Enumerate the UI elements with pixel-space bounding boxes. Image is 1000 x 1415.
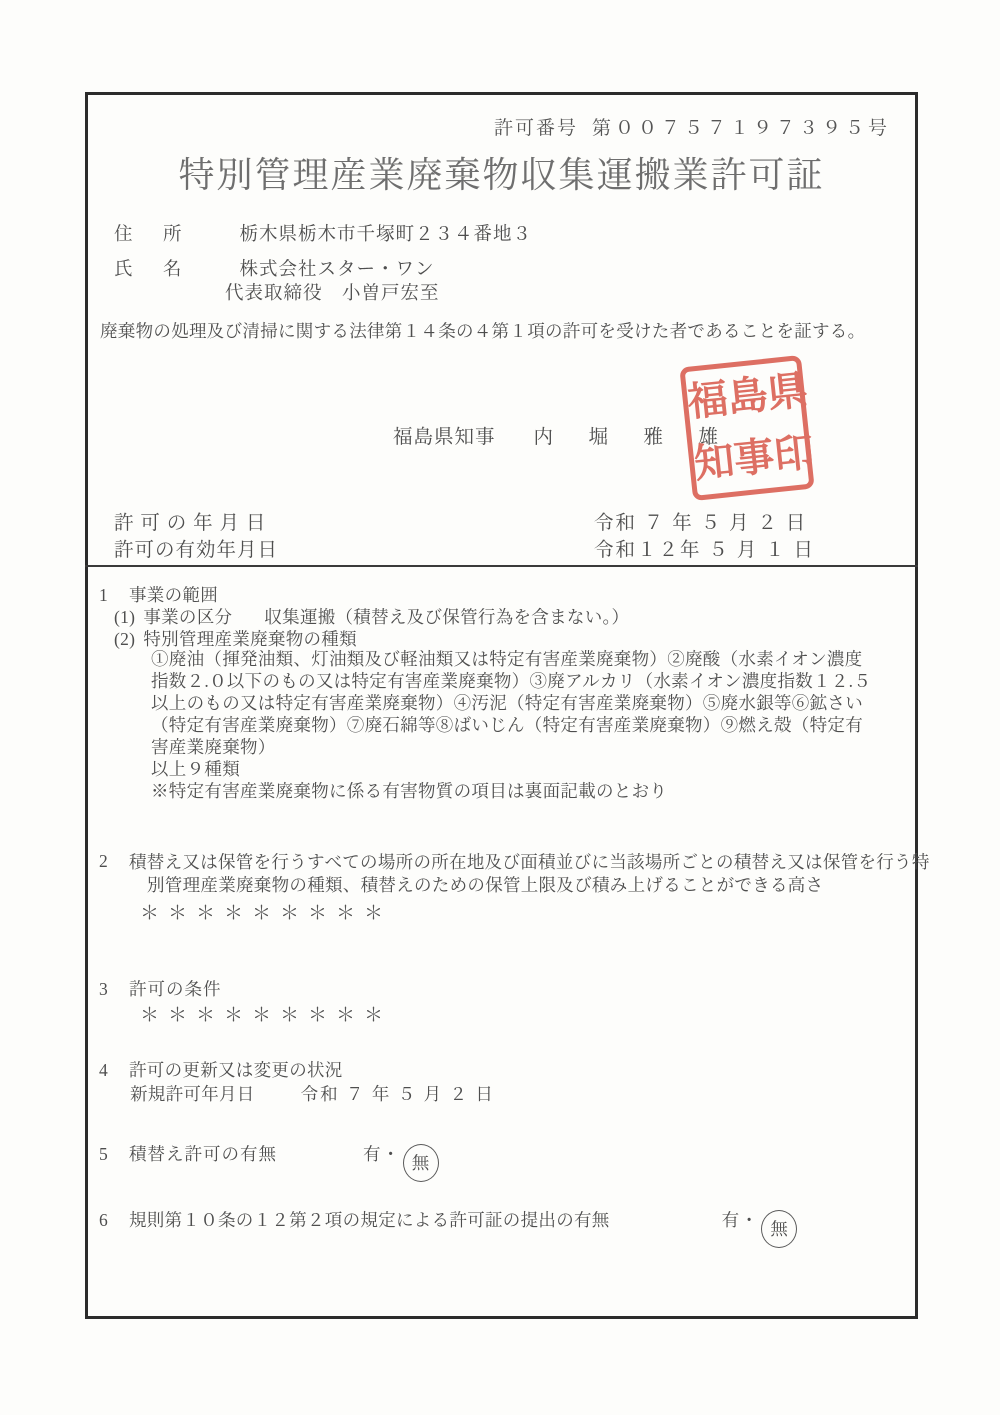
seal-char: 知 [692,441,736,485]
waste-detail-line: （特定有害産業廃棄物）⑦廃石綿等⑧ばいじん（特定有害産業廃棄物）⑨燃え殻（特定有 [151,714,921,736]
seal-char: 県 [766,371,810,415]
section2-value-asterisks: ＊＊＊＊＊＊＊＊＊ [140,898,392,925]
certificate-frame: 許可番号第００７５７１９７３９５号 特別管理産業廃棄物収集運搬業許可証 住 所栃… [85,92,918,1319]
permit-number-line: 許可番号第００７５７１９７３９５号 [494,113,891,140]
section2-number: 2 [99,851,108,872]
section1-title: 事業の範囲 [129,585,218,605]
section5-choice: 有・無 [363,1144,439,1164]
issuer-line: 福島県知事内 堀 雅 雄 [393,421,726,449]
option-yes: 有 [363,1144,381,1164]
issuer-title: 福島県知事 [393,427,496,448]
new-permit-date-value: 令和 ７ 年 ５ 月 ２ 日 [301,1084,495,1104]
section6-number: 6 [99,1210,129,1231]
section1-number: 1 [99,585,129,606]
section3-title: 許可の条件 [129,979,222,999]
section5-row: 5積替え許可の有無有・無 [99,1141,439,1182]
valid-date-value: 令和１２年 ５ 月 １ 日 [594,534,815,562]
section4-heading: 4許可の更新又は変更の状況 [99,1057,343,1082]
section3-heading: 3許可の条件 [99,976,222,1001]
section4-subrow: 新規許可年月日令和 ７ 年 ５ 月 ２ 日 [130,1081,495,1106]
item1-number: (1) [114,607,135,627]
permit-number-value: 第００７５７１９７３９５号 [592,118,891,139]
option-no-circled: 無 [403,1144,439,1182]
item2-label: 特別管理産業廃棄物の種類 [143,629,357,649]
section3-number: 3 [99,979,129,1000]
certificate-title: 特別管理産業廃棄物収集運搬業許可証 [88,147,915,198]
permit-number-label: 許可番号 [494,118,578,139]
option-no-circled: 無 [761,1210,797,1248]
permit-date-label: 許 可 の 年 月 日 [114,507,309,535]
section6-title: 規則第１０条の１２第２項の規定による許可証の提出の有無 [129,1210,610,1230]
section5-number: 5 [99,1144,129,1165]
waste-detail-line: 害産業廃棄物） [151,736,921,758]
item1-label: 事業の区分 [143,607,232,627]
option-yes: 有 [722,1210,740,1230]
option-separator: ・ [382,1144,400,1164]
waste-detail-line: ①廃油（揮発油類、灯油類及び軽油類又は特定有害産業廃棄物）②廃酸（水素イオン濃度 [151,648,921,670]
item2-number: (2) [114,629,135,649]
scanned-permit-page: 許可番号第００７５７１９７３９５号 特別管理産業廃棄物収集運搬業許可証 住 所栃… [0,0,1000,1415]
certification-statement: 廃棄物の処理及び清掃に関する法律第１４条の４第１項の許可を受けた者であることを証… [100,318,865,343]
valid-date-label: 許可の有効年月日 [114,534,309,562]
name-row: 氏 名株式会社スター・ワン [114,255,435,281]
governor-seal-stamp: 福 島 県 知 事 印 [679,355,814,501]
section4-title: 許可の更新又は変更の状況 [129,1060,343,1080]
waste-detail-line: 指数２.０以下のもの又は特定有害産業廃棄物）③廃アルカリ（水素イオン濃度指数１２… [151,670,921,692]
waste-detail-line: 以上のもの又は特定有害産業廃棄物）④汚泥（特定有害産業廃棄物）⑤廃水銀等⑥鉱さい [151,692,921,714]
valid-date-row: 許可の有効年月日 令和１２年 ５ 月 １ 日 [114,534,889,562]
address-value: 栃木県栃木市千塚町２３４番地３ [240,225,533,245]
waste-detail-line: ※特定有害産業廃棄物に係る有害物質の項目は裏面記載のとおり [151,780,921,802]
address-row: 住 所栃木県栃木市千塚町２３４番地３ [114,220,532,246]
seal-char: 印 [772,432,816,476]
seal-char: 事 [732,436,776,480]
permit-date-value: 令和 ７ 年 ５ 月 ２ 日 [594,507,807,535]
section6-row: 6規則第１０条の１２第２項の規定による許可証の提出の有無有・無 [99,1207,797,1248]
new-permit-date-label: 新規許可年月日 [130,1084,255,1104]
permit-date-row: 許 可 の 年 月 日 令和 ７ 年 ５ 月 ２ 日 [114,507,889,535]
option-separator: ・ [740,1210,758,1230]
waste-type-details: ①廃油（揮発油類、灯油類及び軽油類又は特定有害産業廃棄物）②廃酸（水素イオン濃度… [151,648,921,802]
section6-choice: 有・無 [722,1210,798,1230]
section4-number: 4 [99,1060,129,1081]
representative-name: 代表取締役 小曽戸宏至 [225,279,440,305]
seal-char: 福 [686,379,730,423]
waste-detail-line: 以上９種類 [151,758,921,780]
section2-heading: 積替え又は保管を行うすべての場所の所在地及び面積並びに当該場所ごとの積替え又は保… [129,851,935,897]
name-label: 氏 名 [114,260,188,280]
section-divider-line [85,565,918,567]
section5-title: 積替え許可の有無 [129,1144,277,1164]
item1-value: 収集運搬（積替え及び保管行為を含まない。） [264,607,629,627]
address-label: 住 所 [114,225,188,245]
section3-value-asterisks: ＊＊＊＊＊＊＊＊＊ [140,1000,392,1027]
seal-char: 島 [726,375,770,419]
company-name: 株式会社スター・ワン [240,260,435,280]
